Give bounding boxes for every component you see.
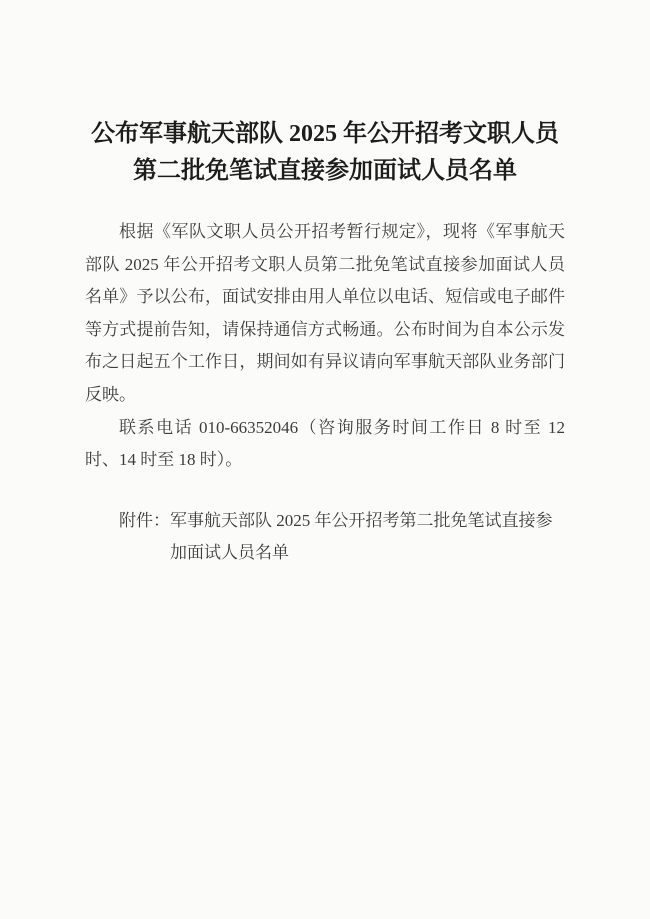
attachment-text: 军事航天部队 2025 年公开招考第二批免笔试直接参加面试人员名单 <box>170 505 565 570</box>
title-line-1: 公布军事航天部队 2025 年公开招考文职人员 <box>85 116 565 153</box>
title-line-2: 第二批免笔试直接参加面试人员名单 <box>85 153 565 190</box>
attachment-line: 附件： 军事航天部队 2025 年公开招考第二批免笔试直接参加面试人员名单 <box>85 505 565 570</box>
document-page: 公布军事航天部队 2025 年公开招考文职人员 第二批免笔试直接参加面试人员名单… <box>0 0 650 919</box>
document-title: 公布军事航天部队 2025 年公开招考文职人员 第二批免笔试直接参加面试人员名单 <box>85 116 565 190</box>
paragraph-regulation: 根据《军队文职人员公开招考暂行规定》，现将《军事航天部队 2025 年公开招考文… <box>85 216 565 412</box>
document-body: 根据《军队文职人员公开招考暂行规定》，现将《军事航天部队 2025 年公开招考文… <box>85 216 565 570</box>
attachment-label: 附件： <box>119 505 170 570</box>
paragraph-contact-phone: 联系电话 010-66352046（咨询服务时间工作日 8 时至 12 时、14… <box>85 412 565 477</box>
